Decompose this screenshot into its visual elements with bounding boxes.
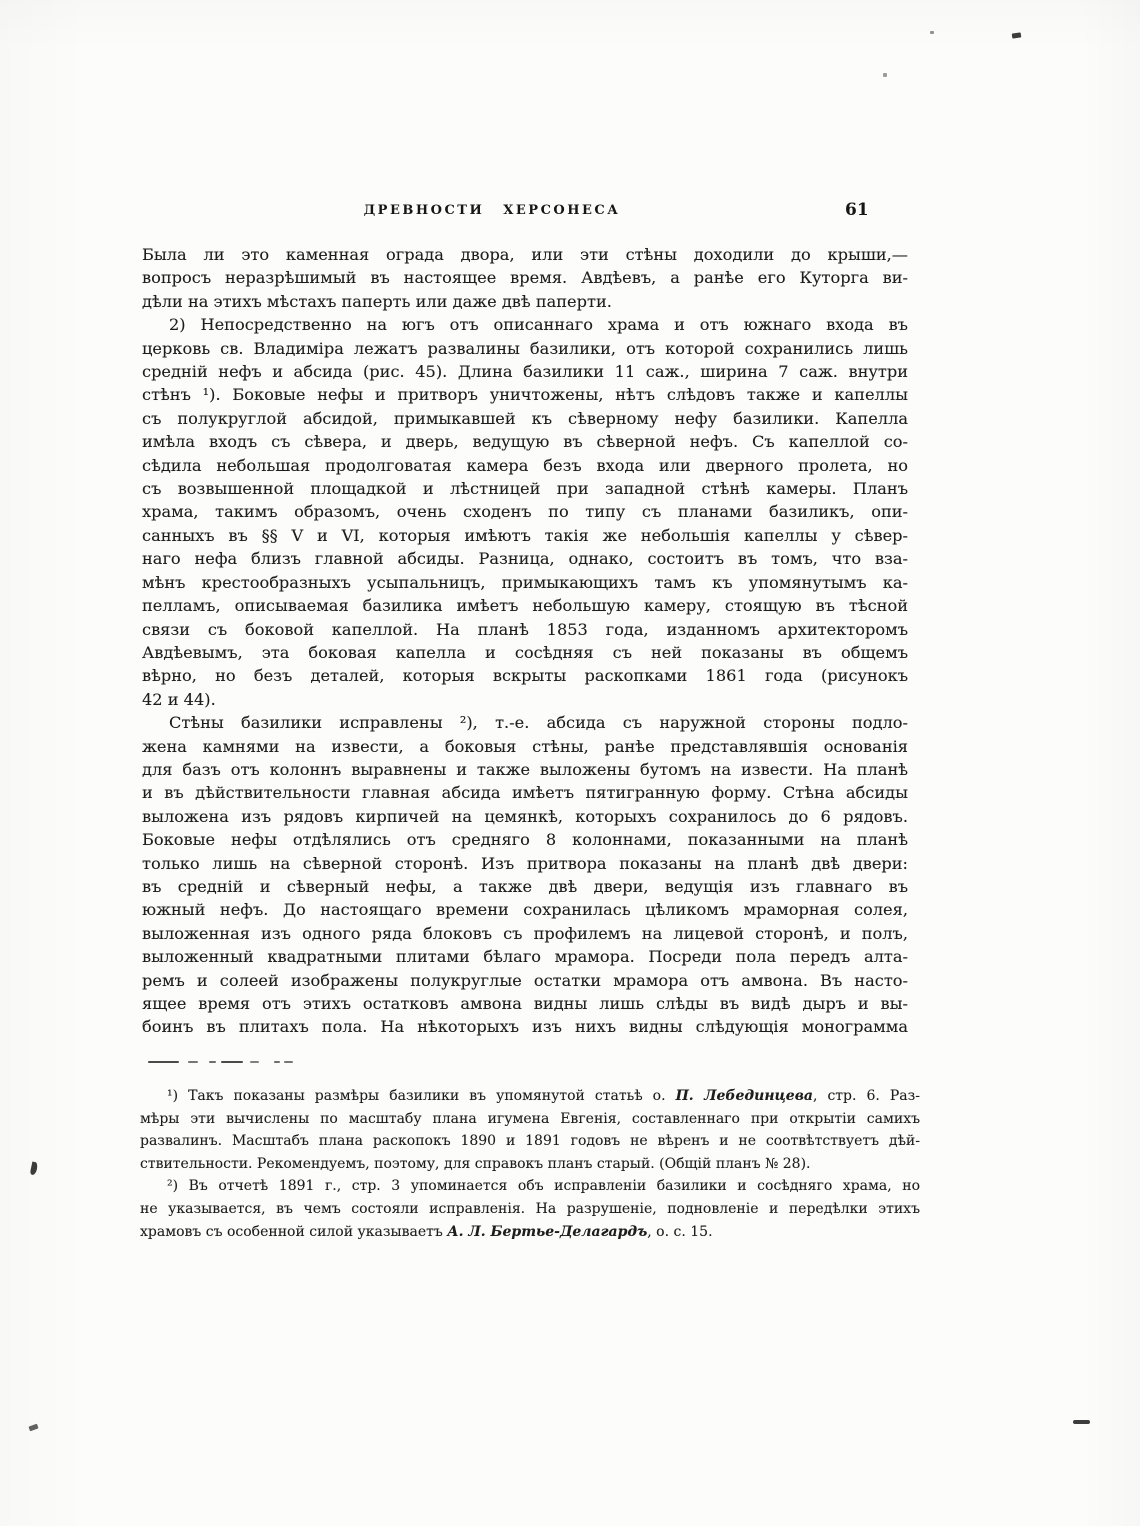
text-line: дѣли на этихъ мѣстахъ паперть или даже д… bbox=[142, 290, 908, 313]
text-line: Боковые нефы отдѣлялись отъ средняго 8 к… bbox=[142, 828, 908, 851]
text-line: Была ли это каменная ограда двора, или э… bbox=[142, 243, 908, 266]
text-line: храма, такимъ образомъ, очень сходенъ по… bbox=[142, 500, 908, 523]
text-line: и въ дѣйствительности главная абсида имѣ… bbox=[142, 781, 908, 804]
text-line: жена камнями на извести, а боковыя стѣны… bbox=[142, 735, 908, 758]
text-line: развалинъ. Масштабъ плана раскопокъ 1890… bbox=[140, 1130, 920, 1153]
text-line: въ средній и сѣверный нефы, а также двѣ … bbox=[142, 875, 908, 898]
paragraph: Была ли это каменная ограда двора, или э… bbox=[142, 243, 908, 313]
text-line: наго нефа близъ главной абсиды. Разница,… bbox=[142, 547, 908, 570]
scan-speck bbox=[883, 73, 887, 77]
text-line: съ полукруглой абсидой, примыкавшей къ с… bbox=[142, 407, 908, 430]
text-line: вѣрно, но безъ деталей, которыя вскрыты … bbox=[142, 664, 908, 687]
text-line: Авдѣевымъ, эта боковая капелла и сосѣдня… bbox=[142, 641, 908, 664]
scan-speck bbox=[1012, 32, 1022, 38]
text-line: только лишь на сѣверной сторонѣ. Изъ при… bbox=[142, 852, 908, 875]
text-line: вопросъ неразрѣшимый въ настоящее время.… bbox=[142, 266, 908, 289]
scanned-book-page: ДРЕВНОСТИ ХЕРСОНЕСА 61 Была ли это камен… bbox=[0, 0, 1140, 1526]
text-line: стѣнъ ¹). Боковые нефы и притворъ уничто… bbox=[142, 383, 908, 406]
text-line: 42 и 44). bbox=[142, 688, 908, 711]
text-line: пелламъ, описываемая базилика имѣетъ неб… bbox=[142, 594, 908, 617]
body-text: Была ли это каменная ограда двора, или э… bbox=[142, 243, 908, 1039]
text-line: средній нефъ и абсида (рис. 45). Длина б… bbox=[142, 360, 908, 383]
text-line: имѣла входъ съ сѣвера, и дверь, ведущую … bbox=[142, 430, 908, 453]
scan-speck bbox=[30, 1162, 39, 1176]
text-line: ¹) Такъ показаны размѣры базилики въ упо… bbox=[140, 1085, 920, 1108]
scan-speck bbox=[930, 31, 934, 34]
text-line: ящее время отъ этихъ остатковъ амвона ви… bbox=[142, 992, 908, 1015]
text-line: ремъ и солеей изображены полукруглые ост… bbox=[142, 969, 908, 992]
footnote-separator-rule bbox=[148, 1060, 298, 1064]
paragraph: ¹) Такъ показаны размѣры базилики въ упо… bbox=[140, 1085, 920, 1175]
text-line: съ возвышенной площадкой и лѣстницей при… bbox=[142, 477, 908, 500]
text-line: санныхъ въ §§ V и VI, которыя имѣютъ так… bbox=[142, 524, 908, 547]
text-line: Стѣны базилики исправлены ²), т.-е. абси… bbox=[142, 711, 908, 734]
text-line: мѣры эти вычислены по масштабу плана игу… bbox=[140, 1108, 920, 1131]
scan-speck bbox=[28, 1424, 38, 1432]
footnotes-block: ¹) Такъ показаны размѣры базилики въ упо… bbox=[140, 1085, 920, 1243]
text-line: ²) Въ отчетѣ 1891 г., стр. 3 упоминается… bbox=[140, 1175, 920, 1198]
text-line: храмовъ съ особенной силой указываетъ А.… bbox=[140, 1221, 920, 1244]
text-line: южный нефъ. До настоящаго времени сохран… bbox=[142, 898, 908, 921]
text-line: связи съ боковой капеллой. На планѣ 1853… bbox=[142, 618, 908, 641]
scan-speck bbox=[1073, 1420, 1090, 1424]
page-number: 61 bbox=[845, 200, 905, 220]
paragraph: Стѣны базилики исправлены ²), т.-е. абси… bbox=[142, 711, 908, 1039]
text-line: 2) Непосредственно на югъ отъ описаннаго… bbox=[142, 313, 908, 336]
text-line: не указывается, въ чемъ состояли исправл… bbox=[140, 1198, 920, 1221]
text-line: боинъ въ плитахъ пола. На нѣкоторыхъ изъ… bbox=[142, 1015, 908, 1038]
text-line: сѣдила небольшая продолговатая камера бе… bbox=[142, 454, 908, 477]
text-line: выложенная изъ одного ряда блоковъ съ пр… bbox=[142, 922, 908, 945]
text-line: для базъ отъ колоннъ выравнены и также в… bbox=[142, 758, 908, 781]
text-line: мѣнъ крестообразныхъ усыпальницъ, примык… bbox=[142, 571, 908, 594]
text-line: ствительности. Рекомендуемъ, поэтому, дл… bbox=[140, 1153, 920, 1176]
running-head-title: ДРЕВНОСТИ ХЕРСОНЕСА bbox=[142, 203, 842, 218]
text-line: выложенный квадратными плитами бѣлаго мр… bbox=[142, 945, 908, 968]
text-line: церковь св. Владиміра лежатъ развалины б… bbox=[142, 337, 908, 360]
paragraph: ²) Въ отчетѣ 1891 г., стр. 3 упоминается… bbox=[140, 1175, 920, 1243]
text-line: выложена изъ рядовъ кирпичей на цемянкѣ,… bbox=[142, 805, 908, 828]
paragraph: 2) Непосредственно на югъ отъ описаннаго… bbox=[142, 313, 908, 711]
